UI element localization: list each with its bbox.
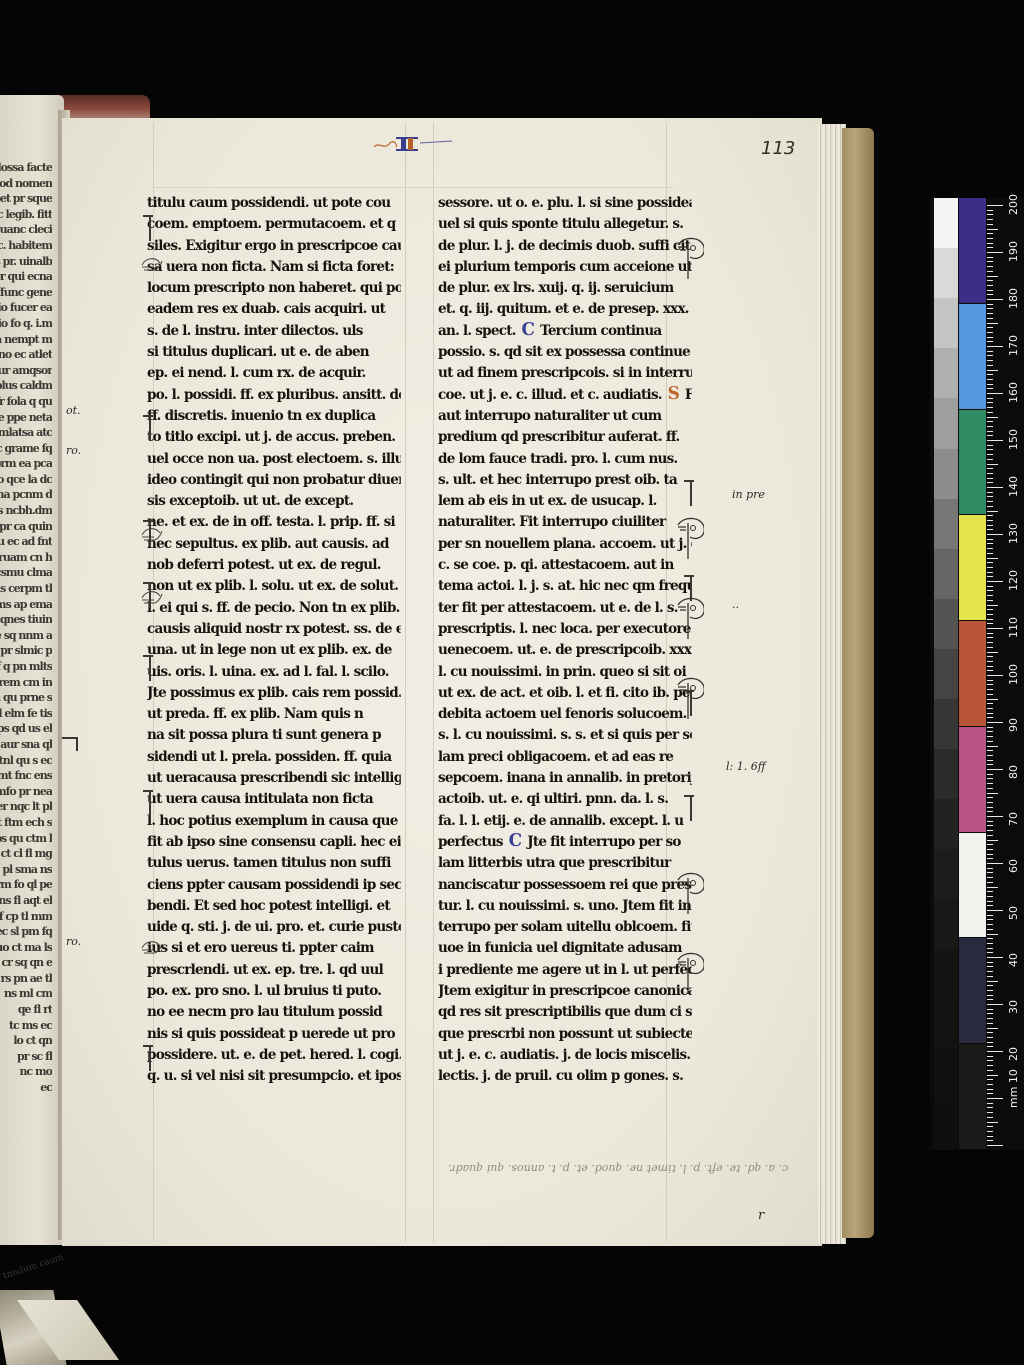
ruler-tick: [987, 515, 993, 516]
ruler-tick: [987, 590, 993, 591]
ruler-tick: [987, 393, 1003, 394]
ruler-label: 200: [1007, 194, 1020, 215]
inner-margin-note: ro.: [66, 935, 81, 948]
ruler-tick: [987, 266, 993, 267]
ruler-tick: [987, 788, 993, 789]
ruler-tick: [987, 1065, 993, 1066]
gray-patch: [934, 298, 958, 348]
ruler-label: 150: [1007, 429, 1020, 450]
ruler-tick: [987, 1013, 993, 1014]
text-line: prescriptis. l. nec loca. per executore …: [438, 618, 692, 639]
ruler-tick: [987, 825, 993, 826]
ruler-tick: [987, 360, 993, 361]
ruler-label: 60: [1007, 859, 1020, 873]
gray-patch: [934, 950, 958, 1000]
ruler-tick: [987, 496, 993, 497]
ruler-label: 160: [1007, 382, 1020, 403]
ruler-tick: [987, 421, 993, 422]
ruler-tick: [987, 769, 1003, 770]
ruler-tick: [987, 431, 993, 432]
text-line: locum prescripto non haberet. qui possi: [147, 277, 401, 298]
nota-bene-mark-icon: [674, 515, 704, 559]
ruler-label: 30: [1007, 1000, 1020, 1014]
ruler-tick: [987, 1051, 1003, 1052]
ruler-tick: [987, 370, 998, 371]
ruler-tick: [987, 793, 998, 794]
ruler-tick: [987, 971, 993, 972]
ruler-tick: [987, 572, 993, 573]
verso-text-line: ns ml cm: [0, 986, 52, 1002]
ruler-tick: [987, 285, 993, 286]
text-line: uoe in funicia uel dignitate adusam: [438, 937, 692, 958]
text-line: no ee necm pro lau titulum possid: [147, 1001, 401, 1022]
text-line: sidendi ut l. prela. possiden. ff. quia: [147, 746, 401, 767]
paragraph-mark-icon: [149, 1045, 151, 1071]
text-line: predium qd prescribitur auferat. ff.: [438, 426, 692, 447]
verso-text-line: erp ehe ppe neta: [0, 410, 52, 426]
ruler-label: 140: [1007, 476, 1020, 497]
verso-text-line: ct tnl qu s ec: [0, 753, 52, 769]
ruler-tick: [987, 1117, 993, 1118]
ruler-tick: [987, 661, 993, 662]
paragraph-mark-icon: [149, 520, 151, 546]
ruler-tick: [987, 1004, 1003, 1005]
ruler-tick: [987, 501, 993, 502]
ruler-tick: [987, 731, 993, 732]
ruler-tick: [987, 891, 993, 892]
text-segment: an. l. spect.: [438, 322, 520, 339]
ruler-tick: [987, 774, 993, 775]
ruler-tick: [987, 746, 998, 747]
color-patch-navy: [959, 938, 986, 1043]
text-line: sepcoem. inana in annalib. in pretorij: [438, 767, 692, 788]
ruler-tick: [987, 539, 993, 540]
verso-text-line: lufm ts ncbh.dm: [0, 503, 52, 519]
text-line: ideo contingit qui non probatur diuer: [147, 469, 401, 490]
verso-text-line: ec sl pm fq: [0, 924, 52, 940]
ruler-tick: [987, 1103, 993, 1104]
ruler-tick: [987, 600, 993, 601]
gray-patch: [934, 849, 958, 899]
verso-text-line: uo ct ma ls: [0, 940, 52, 956]
verso-text-line: erps qd us el: [0, 721, 52, 737]
ruler-tick: [987, 703, 993, 704]
ruler-tick: [987, 581, 1003, 582]
text-line: c. se coe. p. qi. attestacoem. aut in: [438, 554, 692, 575]
ruler-tick: [987, 1089, 993, 1090]
verso-text-line: ap pl sma ns: [0, 862, 52, 878]
text-line: debita actoem uel fenoris solucoem. ut: [438, 703, 692, 724]
ruler-tick: [987, 384, 993, 385]
ruler-tick: [987, 670, 993, 671]
ruler-tick: [987, 492, 993, 493]
ruler-tick: [987, 858, 993, 859]
text-segment: coe. ut j. e. c. illud. et c. audiatis.: [438, 386, 666, 403]
verso-text-line: l au ec ad fnt: [0, 534, 52, 550]
ruler-tick: [987, 304, 993, 305]
ruler-tick: [987, 553, 993, 554]
ruler-tick: [987, 233, 993, 234]
ruler-tick: [987, 506, 993, 507]
running-head: [372, 133, 456, 155]
ruler-tick: [987, 736, 993, 737]
ruler-tick: [987, 783, 993, 784]
ruler-tick: [987, 849, 993, 850]
verso-text-line: r pprm ea pca: [0, 456, 52, 472]
text-column-right: sessore. ut o. e. plu. l. si sine possid…: [438, 192, 692, 1086]
text-line: po. l. possidi. ff. ex pluribus. ansitt.…: [147, 384, 401, 405]
ruler-tick: [987, 802, 993, 803]
ruler-label: 90: [1007, 718, 1020, 732]
ruler-tick: [987, 1098, 1003, 1099]
bottom-margin-note: c. a. qd. te. eft. p. l. timet ne. quod.…: [448, 1162, 788, 1175]
ruling-line: [405, 122, 406, 1242]
outer-margin-note: ..: [732, 598, 739, 611]
ruler-tick: [987, 402, 993, 403]
ruler-tick: [987, 346, 1003, 347]
ruler-tick: [987, 449, 993, 450]
gray-patch: [934, 248, 958, 298]
text-line: coem. emptoem. permutacoem. et q: [147, 213, 401, 234]
text-line: nanciscatur possessoem rei que prescribi: [438, 874, 692, 895]
verso-text-line: uel corrunc legib. fitt: [0, 207, 52, 223]
ruler-tick: [987, 605, 998, 606]
text-line: fit ab ipso sine consensu capli. hec ei …: [147, 831, 401, 852]
text-line: naturaliter. Fit interrupo ciuiliter: [438, 511, 692, 532]
color-patch-violet: [959, 198, 986, 303]
verso-text-line: cs qua nempt m: [0, 332, 52, 348]
ruler-tick: [987, 1070, 993, 1071]
ruler-tick: [987, 708, 993, 709]
text-line: uis. oris. l. uina. ex. ad l. fal. l. sc…: [147, 661, 401, 682]
ruler-tick: [987, 464, 998, 465]
ruler-tick: [987, 529, 993, 530]
text-line: prescrlendi. ut ex. ep. tre. l. qd uul: [147, 959, 401, 980]
ruler-tick: [987, 623, 993, 624]
text-line: causis aliquid nostr rx potest. ss. de e…: [147, 618, 401, 639]
outer-margin-note: l: 1. 6ff: [726, 760, 766, 773]
gray-patch: [934, 549, 958, 599]
verso-text-line: tuo ctio fucer ea: [0, 300, 52, 316]
ruler-tick: [987, 840, 998, 841]
verso-text-line: rqqi tu plus caldm: [0, 378, 52, 394]
ruler-tick: [987, 567, 993, 568]
text-line: per sn nouellem plana. accoem. ut j. e.: [438, 533, 692, 554]
ruling-line: [153, 187, 673, 188]
verso-text-line: nc mo: [0, 1064, 52, 1080]
verso-text-line: ef cp tl mm: [0, 909, 52, 925]
text-line: uenecoem. ut. e. de prescripcoib. xxx. a…: [438, 639, 692, 660]
ruler-tick: [987, 797, 993, 798]
ruler-tick: [987, 520, 993, 521]
text-line: perfectus C Jte fit interrupo per so: [438, 831, 692, 852]
ruler-tick: [987, 666, 993, 667]
verso-text-line: r nlrem cm in: [0, 675, 52, 691]
text-segment: Fit: [681, 386, 692, 403]
text-line: ciens ppter causam possidendi ip sec: [147, 874, 401, 895]
verso-text-line: ult ftm ech s: [0, 815, 52, 831]
ruler-label: 80: [1007, 765, 1020, 779]
verso-text-line: rs pn ae tl: [0, 971, 52, 987]
ruler-tick: [987, 877, 993, 878]
ruler-tick: [987, 778, 993, 779]
ruler-tick: [987, 257, 993, 258]
ruler-tick: [987, 962, 993, 963]
verso-text-line: ecf q pn mlts: [0, 659, 52, 675]
ruler-tick: [987, 276, 998, 277]
ruler-tick: [987, 379, 993, 380]
text-line: una. ut in lege non ut ex plib. ex. de: [147, 639, 401, 660]
ruler-tick: [987, 440, 1003, 441]
verso-text-line: qua ec grame fq: [0, 441, 52, 457]
gray-patch: [934, 649, 958, 699]
text-line: de plur. ex lrs. xuij. q. ij. seruicium: [438, 277, 692, 298]
ruler-tick: [987, 619, 993, 620]
verso-text-line: uisioni habet pr sque: [0, 191, 52, 207]
ruler-tick: [987, 981, 998, 982]
text-line: sa uera non ficta. Nam si ficta foret:: [147, 256, 401, 277]
gray-patch: [934, 899, 958, 949]
text-line: lam preci obligacoem. et ad eas re: [438, 746, 692, 767]
ruler-tick: [987, 576, 993, 577]
gray-patch: [934, 749, 958, 799]
ruler-tick: [987, 915, 993, 916]
text-line: po. ex. pro sno. l. ul bruius ti puto.: [147, 980, 401, 1001]
ruler-tick: [987, 299, 1003, 300]
ruler-tick: [987, 337, 993, 338]
text-line: l. cu nouissimi. in prin. queo si sit oi: [438, 661, 692, 682]
verso-text-line: ah qu prne s: [0, 690, 52, 706]
ruler-label: 50: [1007, 906, 1020, 920]
verso-text-line: ec diffunc gene: [0, 285, 52, 301]
text-line: q. u. si vel nisi sit presumpcio. et ipo…: [147, 1065, 401, 1086]
text-segment: perfectus: [438, 833, 507, 850]
nota-bene-mark-icon: [674, 235, 704, 279]
outer-margin-note: in pre: [732, 488, 765, 501]
verso-text-line: nmna pcnm d: [0, 487, 52, 503]
verso-text-line: ec: [0, 1080, 52, 1096]
ruler-tick: [987, 1075, 998, 1076]
verso-text-line: qe fl rt: [0, 1002, 52, 1018]
ruler-label: 110: [1007, 617, 1020, 638]
verso-text-line: eps qu ctm l: [0, 831, 52, 847]
ruler-tick: [987, 374, 993, 375]
ruling-line: [433, 122, 434, 1242]
verso-text-line: ee pr slmic p: [0, 643, 52, 659]
text-line: terrupo per solam uitellu oblcoem. fit: [438, 916, 692, 937]
color-patch-yellow: [959, 515, 986, 620]
nota-bene-mark-icon: [674, 595, 704, 639]
verso-text-line: ns fl aqt el: [0, 893, 52, 909]
ruler-tick: [987, 995, 993, 996]
text-line: et. q. iij. quitum. et e. de presep. xxx…: [438, 298, 692, 319]
text-line: tema actoi. l. j. s. at. hic nec qm freq…: [438, 575, 692, 596]
book-cover-edge: [842, 128, 874, 1238]
paragraph-mark-icon: [149, 790, 151, 816]
text-line: titulu caum possidendi. ut pote cou: [147, 192, 401, 213]
verso-text-line: rm csmu clma: [0, 565, 52, 581]
text-line: ei plurium temporis cum acceione ut s.: [438, 256, 692, 277]
ruler-tick: [987, 713, 993, 714]
verso-text-line: rm fo ql pe: [0, 877, 52, 893]
ruler-tick: [987, 854, 993, 855]
color-patch-black: [959, 1044, 986, 1149]
color-patch-light-blue: [959, 304, 986, 409]
nota-mark-icon: [140, 588, 164, 606]
verso-text-line: lo ct qn: [0, 1033, 52, 1049]
ruler-tick: [987, 294, 993, 295]
ruler-tick: [987, 948, 993, 949]
ruler-tick: [987, 1084, 993, 1085]
verso-text-line: rme conas pr. uinalb: [0, 254, 52, 270]
inner-margin-note: ro.: [66, 444, 81, 457]
text-line: nec sepultus. ex plib. aut causis. ad: [147, 533, 401, 554]
ruler-tick: [987, 229, 998, 230]
gray-patch: [934, 398, 958, 448]
ruler-tick: [987, 901, 993, 902]
nota-mark-icon: [140, 255, 164, 273]
text-line: non ut ex plib. l. solu. ut ex. de solut…: [147, 575, 401, 596]
verso-text-line: ule c. fr fola q qu: [0, 394, 52, 410]
ruler-tick: [987, 647, 993, 648]
paragraph-mark-icon: [690, 690, 692, 716]
ruler-tick: [987, 957, 1003, 958]
ruler-tick: [987, 717, 993, 718]
ruler-tick: [987, 990, 993, 991]
ruler-label: 190: [1007, 241, 1020, 262]
ruler-label: 20: [1007, 1047, 1020, 1061]
gray-patch: [934, 1100, 958, 1150]
ruler-tick: [987, 210, 993, 211]
nota-mark-icon: [140, 525, 164, 543]
ruler-tick: [987, 511, 998, 512]
ruler-tick: [987, 586, 993, 587]
ruler-tick: [987, 722, 1003, 723]
ruler-tick: [987, 327, 993, 328]
ruler-tick: [987, 417, 998, 418]
text-column-left: titulu caum possidendi. ut pote coucoem.…: [147, 192, 401, 1086]
verso-text-line: a pmpe uanc cleci: [0, 222, 52, 238]
text-line: aut interrupo naturaliter ut cum: [438, 405, 692, 426]
verso-text-line: cmpa mlatsa atc: [0, 425, 52, 441]
ruler-tick: [987, 1056, 993, 1057]
text-line: eadem res ex duab. cais acquiri. ut: [147, 298, 401, 319]
decorated-initial: C: [507, 833, 523, 849]
text-line: ut preda. ff. ex plib. Nam quis n: [147, 703, 401, 724]
ruler-tick: [987, 243, 993, 244]
ruler-tick: [987, 689, 993, 690]
verso-text-line: ul elm fe tis: [0, 706, 52, 722]
gray-patch: [934, 1050, 958, 1100]
nota-bene-mark-icon: [674, 950, 704, 994]
text-line: ter fit per attestacoem. ut e. de l. s.: [438, 597, 692, 618]
text-line: ff. discretis. inuenio tn ex duplica: [147, 405, 401, 426]
verso-text-line: c er nqc lt pl: [0, 799, 52, 815]
verso-text-line: ma causa glossa facte: [0, 160, 52, 176]
paragraph-mark-icon: [149, 215, 151, 241]
color-patch-white: [959, 833, 986, 938]
ruler-tick: [987, 882, 993, 883]
text-line: l. ei qui s. ff. de pecio. Non tn ex pli…: [147, 597, 401, 618]
ruler-tick: [987, 1023, 993, 1024]
ruler-tick: [987, 534, 1003, 535]
ruler-tick: [987, 525, 993, 526]
paragraph-mark-icon: [690, 795, 692, 821]
verso-text-line: fnqu qnes tiuin: [0, 612, 52, 628]
ruler-tick: [987, 764, 993, 765]
text-line: siles. Exigitur ergo in prescripcoe cau: [147, 235, 401, 256]
ruler-tick: [987, 1122, 998, 1123]
color-patch-magenta: [959, 727, 986, 832]
nota-mark-icon: [140, 938, 164, 956]
text-line: ut ueracausa prescribendi sic intellige: [147, 767, 401, 788]
ruler-tick: [987, 1032, 993, 1033]
color-patch-green: [959, 410, 986, 515]
ruler-tick: [987, 543, 993, 544]
ruler-tick: [987, 558, 998, 559]
ruler-tick: [987, 811, 993, 812]
verso-text-line: ef as cerpm tl: [0, 581, 52, 597]
verso-text-line: o amno ec atlet: [0, 347, 52, 363]
text-line: ut ex. de act. et oib. l. et fi. cito ib…: [438, 682, 692, 703]
text-line: ius si et ero uereus ti. ppter caim: [147, 937, 401, 958]
ruler-tick: [987, 1140, 993, 1141]
ruler-tick: [987, 727, 993, 728]
ruler-tick: [987, 351, 993, 352]
verso-text-line: rmt pr ca quin: [0, 519, 52, 535]
paragraph-mark-icon: [690, 575, 692, 601]
ruler-tick: [987, 459, 993, 460]
text-line: i prediente me agere ut in l. ut perfect…: [438, 959, 692, 980]
text-line: actoib. ut. e. qi ultiri. pnn. da. l. s.: [438, 788, 692, 809]
ruler-tick: [987, 1107, 993, 1108]
ruler-tick: [987, 919, 993, 920]
ruler-tick: [987, 966, 993, 967]
text-line: nis si quis possideat p uerede ut pro: [147, 1023, 401, 1044]
ruler-tick: [987, 637, 993, 638]
ruler-tick: [987, 323, 998, 324]
ruler-tick: [987, 332, 993, 333]
gray-patch: [934, 599, 958, 649]
ruler-tick: [987, 929, 993, 930]
ruler-tick: [987, 454, 993, 455]
text-line: l. hoc potius exemplum in causa que: [147, 810, 401, 831]
gray-patch: [934, 449, 958, 499]
verso-text-line: ccme sq nnm a: [0, 628, 52, 644]
verso-page-text: ma causa glossa factesil contra quod nom…: [0, 160, 52, 1220]
ruler-tick: [987, 609, 993, 610]
text-line: coe. ut j. e. c. illud. et c. audiatis. …: [438, 384, 692, 405]
verso-text-line: pr sc fl: [0, 1049, 52, 1065]
paragraph-mark-icon: [690, 480, 692, 506]
ruler-label: mm 10: [1007, 1069, 1020, 1108]
ruler-tick: [987, 247, 993, 248]
text-line: ep. ei nend. l. cum rx. de acquir.: [147, 362, 401, 383]
ruler-tick: [987, 468, 993, 469]
ruler-tick: [987, 760, 993, 761]
ruler-tick: [987, 341, 993, 342]
text-line: Jtem exigitur in prescripcoe canonica: [438, 980, 692, 1001]
ruler-tick: [987, 1131, 993, 1132]
ruler-tick: [987, 694, 993, 695]
text-line: s. ult. et hec interrupo prest oib. ta: [438, 469, 692, 490]
ruler-label: 40: [1007, 953, 1020, 967]
folio-number: 113: [761, 138, 795, 159]
ruler-tick: [987, 1009, 993, 1010]
text-line: to titlo excipi. ut j. de accus. preben.: [147, 426, 401, 447]
text-segment: Jte fit interrupo per so: [523, 833, 680, 850]
ruler-tick: [987, 835, 993, 836]
